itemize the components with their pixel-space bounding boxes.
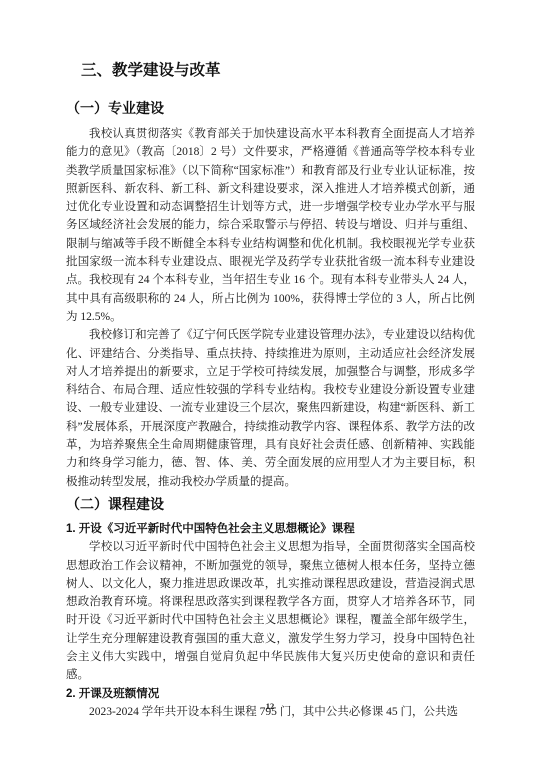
paragraph-ideology-course: 学校以习近平新时代中国特色社会主义思想为指导，全面贯彻落实全国高校思想政治工作会…: [66, 538, 475, 684]
paragraph-major-construction-2: 我校修订和完善了《辽宁何氏医学院专业建设管理办法》，专业建设以结构优化、评建结合…: [66, 326, 475, 491]
document-page: 三、教学建设与改革 （一）专业建设 我校认真贯彻落实《教育部关于加快建设高水平本…: [0, 0, 540, 764]
page-number: 12: [0, 701, 540, 711]
section-heading-major-construction: （一）专业建设: [66, 100, 475, 117]
page-content: 三、教学建设与改革 （一）专业建设 我校认真贯彻落实《教育部关于加快建设高水平本…: [66, 62, 475, 721]
paragraph-major-construction-1: 我校认真贯彻落实《教育部关于加快建设高水平本科教育全面提高人才培养能力的意见》（…: [66, 125, 475, 326]
section-heading-course-construction: （二）课程建设: [66, 496, 475, 513]
subsection-heading-ideology-course: 1. 开设《习近平新时代中国特色社会主义思想概论》课程: [66, 520, 475, 538]
chapter-heading: 三、教学建设与改革: [66, 62, 475, 80]
